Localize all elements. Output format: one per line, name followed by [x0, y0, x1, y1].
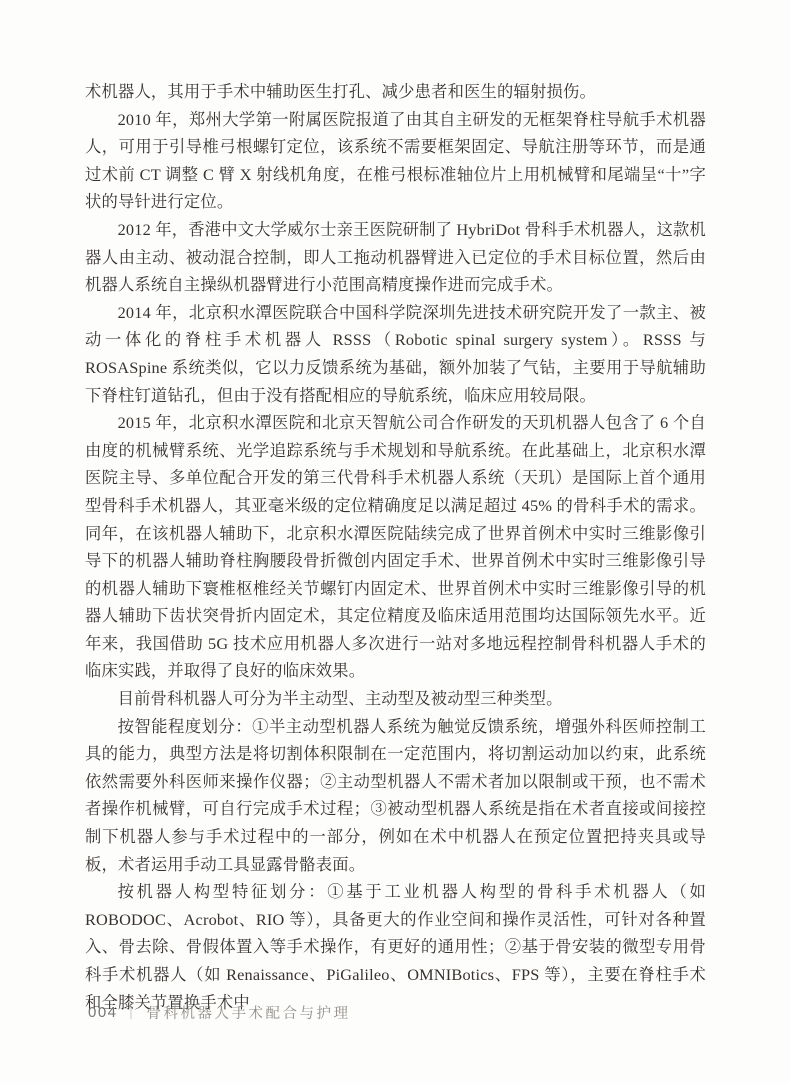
paragraph-configuration-classification: 按机器人构型特征划分：①基于工业机器人构型的骨科手术机器人（如 ROBODOC、… — [85, 878, 706, 1016]
paragraph-continuation: 术机器人，其用于手术中辅助医生打孔、减少患者和医生的辐射损伤。 — [85, 78, 706, 106]
page-number: 004 — [88, 1004, 118, 1021]
paragraph-robot-types: 目前骨科机器人可分为半主动型、主动型及被动型三种类型。 — [85, 685, 706, 713]
page-body: 术机器人，其用于手术中辅助医生打孔、减少患者和医生的辐射损伤。 2010 年，郑… — [85, 78, 706, 1016]
book-title: 骨科机器人手术配合与护理 — [147, 1002, 351, 1023]
paragraph-2012: 2012 年，香港中文大学威尔士亲王医院研制了 HybriDot 骨科手术机器人… — [85, 216, 706, 299]
page-footer: 004 | 骨科机器人手术配合与护理 — [88, 1002, 351, 1023]
paragraph-2010: 2010 年，郑州大学第一附属医院报道了由其自主研发的无框架脊柱导航手术机器人，… — [85, 106, 706, 216]
paragraph-intelligence-classification: 按智能程度划分：①半主动型机器人系统为触觉反馈系统，增强外科医师控制工具的能力，… — [85, 713, 706, 879]
paragraph-2015: 2015 年，北京积水潭医院和北京天智航公司合作研发的天玑机器人包含了 6 个自… — [85, 409, 706, 685]
footer-separator: | — [130, 1004, 133, 1021]
paragraph-2014: 2014 年，北京积水潭医院联合中国科学院深圳先进技术研究院开发了一款主、被动一… — [85, 299, 706, 409]
book-page: 术机器人，其用于手术中辅助医生打孔、减少患者和医生的辐射损伤。 2010 年，郑… — [0, 0, 790, 1083]
